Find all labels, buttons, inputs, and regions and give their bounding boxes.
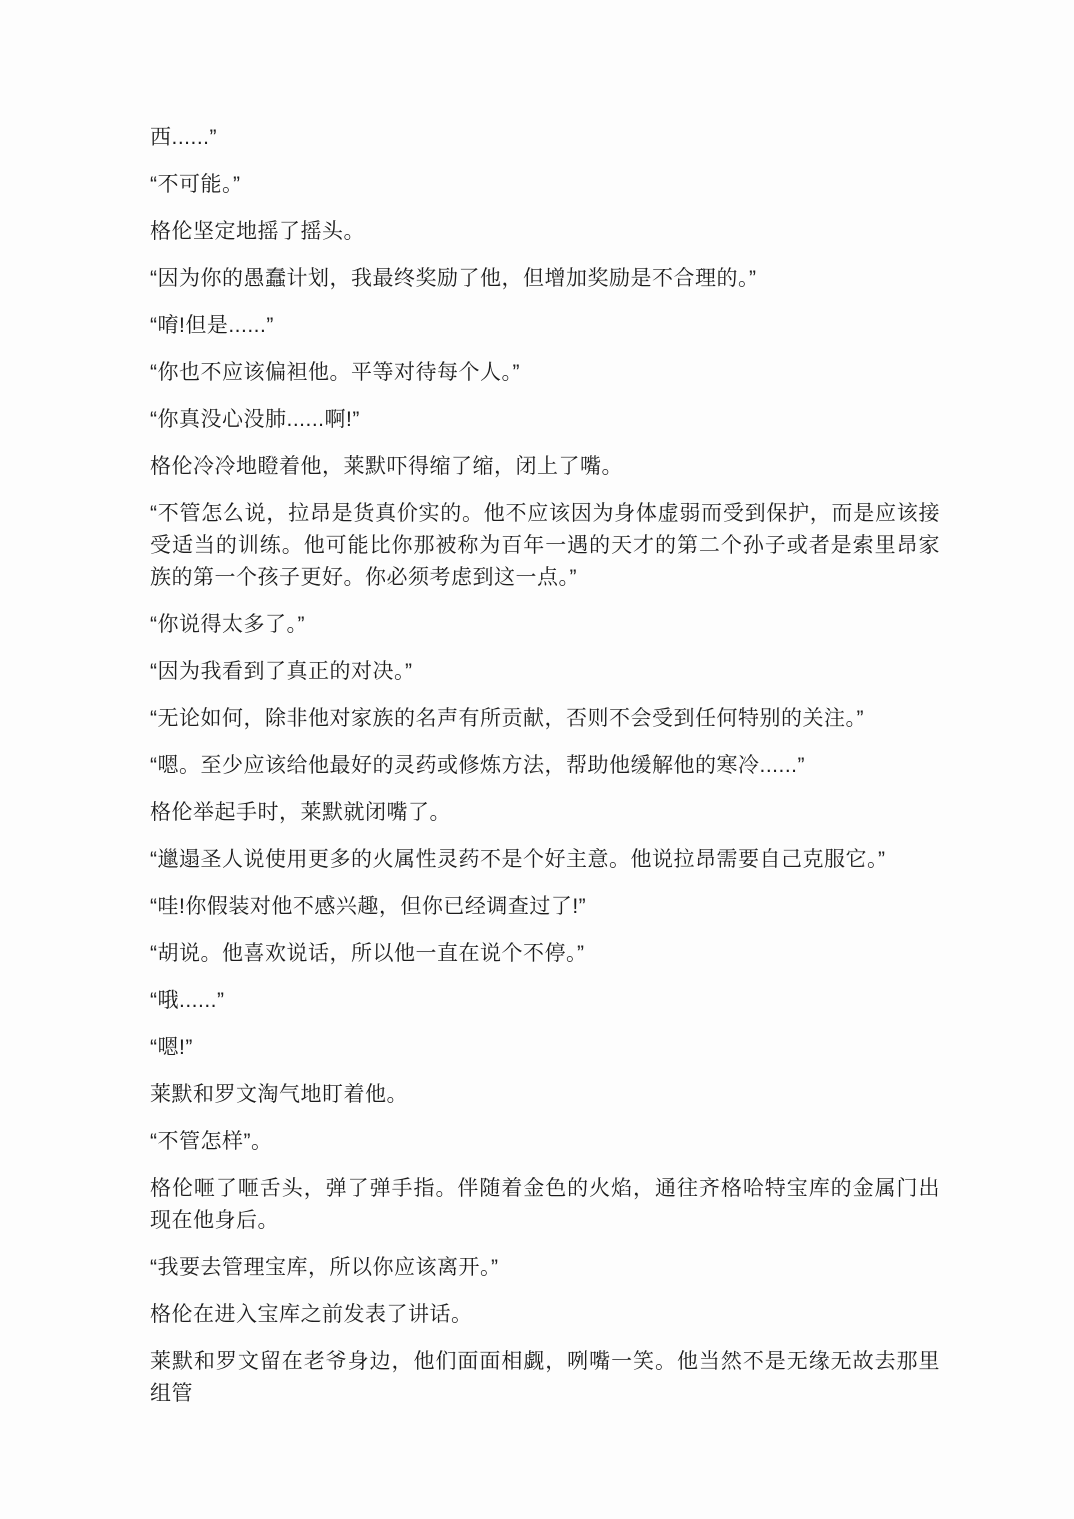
- paragraph: 格伦在进入宝库之前发表了讲话。: [150, 1299, 940, 1331]
- paragraph: “唷!但是......”: [150, 310, 940, 342]
- paragraph: 格伦举起手时，莱默就闭嘴了。: [150, 797, 940, 829]
- paragraph: “胡说。他喜欢说话，所以他一直在说个不停。”: [150, 938, 940, 970]
- paragraph: “你说得太多了。”: [150, 609, 940, 641]
- paragraph: “哇!你假装对他不感兴趣，但你已经调查过了!”: [150, 891, 940, 923]
- paragraph: 格伦咂了咂舌头，弹了弹手指。伴随着金色的火焰，通往齐格哈特宝库的金属门出现在他身…: [150, 1173, 940, 1237]
- paragraph: 莱默和罗文留在老爷身边，他们面面相觑，咧嘴一笑。他当然不是无缘无故去那里组管: [150, 1346, 940, 1410]
- paragraph: 格伦冷冷地瞪着他，莱默吓得缩了缩，闭上了嘴。: [150, 451, 940, 483]
- paragraph: “无论如何，除非他对家族的名声有所贡献，否则不会受到任何特别的关注。”: [150, 703, 940, 735]
- paragraph: “嗯!”: [150, 1032, 940, 1064]
- paragraph: “不管怎么说，拉昂是货真价实的。他不应该因为身体虚弱而受到保护，而是应该接受适当…: [150, 498, 940, 594]
- paragraph: 莱默和罗文淘气地盯着他。: [150, 1079, 940, 1111]
- paragraph: “你真没心没肺......啊!”: [150, 404, 940, 436]
- paragraph: “嗯。至少应该给他最好的灵药或修炼方法，帮助他缓解他的寒冷......”: [150, 750, 940, 782]
- paragraph: “因为我看到了真正的对决。”: [150, 656, 940, 688]
- paragraph: “哦......”: [150, 985, 940, 1017]
- paragraph: “不可能。”: [150, 169, 940, 201]
- paragraph: 西......”: [150, 122, 940, 154]
- novel-text-page: 西......” “不可能。” 格伦坚定地摇了摇头。 “因为你的愚蠢计划，我最终…: [0, 0, 1074, 1519]
- paragraph: “我要去管理宝库，所以你应该离开。”: [150, 1252, 940, 1284]
- paragraph: “因为你的愚蠢计划，我最终奖励了他，但增加奖励是不合理的。”: [150, 263, 940, 295]
- paragraph: “邋遢圣人说使用更多的火属性灵药不是个好主意。他说拉昂需要自己克服它。”: [150, 844, 940, 876]
- paragraph: “不管怎样”。: [150, 1126, 940, 1158]
- paragraph: 格伦坚定地摇了摇头。: [150, 216, 940, 248]
- paragraph: “你也不应该偏袒他。平等对待每个人。”: [150, 357, 940, 389]
